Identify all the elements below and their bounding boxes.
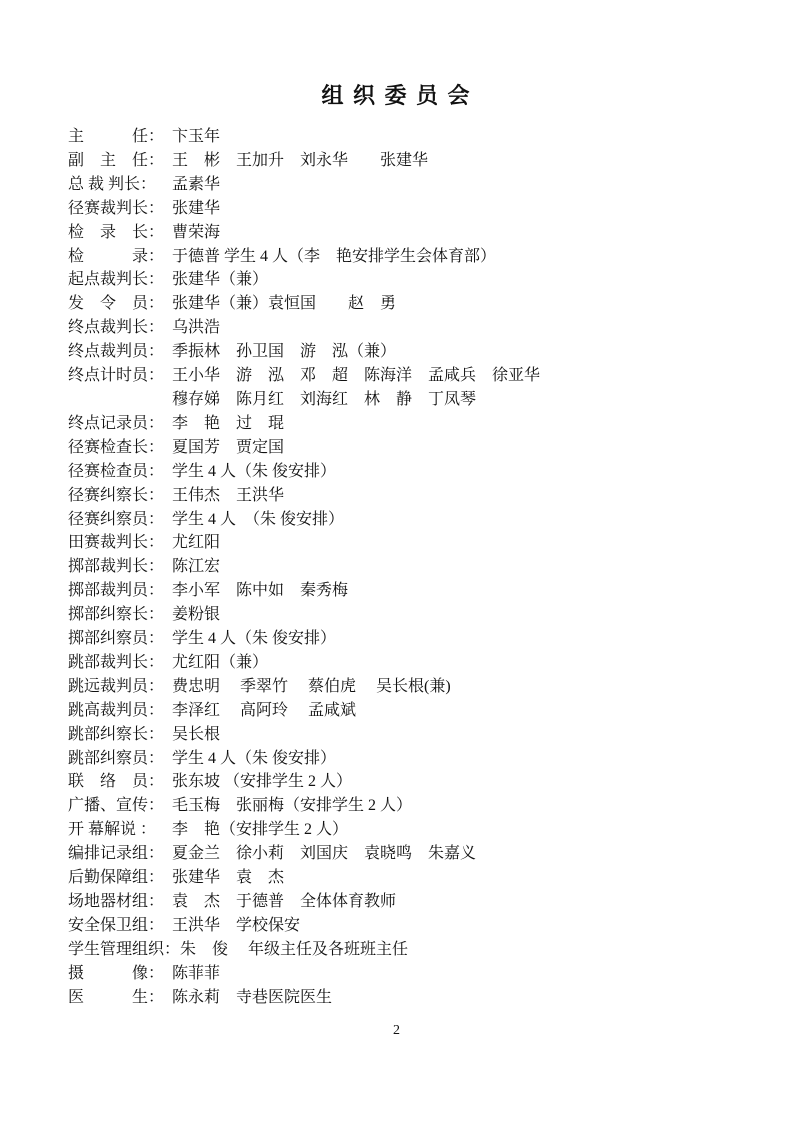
role-names: 朱 俊 年级主任及各班班主任 <box>180 938 748 962</box>
role-names: 陈永莉 寺巷医院医生 <box>172 986 748 1010</box>
role-names: 李小军 陈中如 秦秀梅 <box>172 579 748 603</box>
list-item: 副 主 任：王 彬 王加升 刘永华 张建华 <box>68 149 748 173</box>
role-names: 学生 4 人（朱 俊安排） <box>172 747 748 771</box>
role-names: 袁 杰 于德普 全体体育教师 <box>172 890 748 914</box>
role-label <box>68 388 172 412</box>
role-label: 医 生： <box>68 986 172 1010</box>
list-item: 检 录 长：曹荣海 <box>68 221 748 245</box>
role-label: 径赛检查员： <box>68 460 172 484</box>
page-title: 组 织 委 员 会 <box>0 82 793 110</box>
list-item: 径赛纠察员：学生 4 人 （朱 俊安排） <box>68 508 748 532</box>
role-label: 终点裁判员： <box>68 340 172 364</box>
role-names: 夏国芳 贾定国 <box>172 436 748 460</box>
list-item: 径赛检查长：夏国芳 贾定国 <box>68 436 748 460</box>
role-label: 跳部纠察长： <box>68 723 172 747</box>
list-item: 跳部裁判长：尤红阳（兼） <box>68 651 748 675</box>
role-label: 掷部裁判长： <box>68 555 172 579</box>
role-label: 总 裁 判长： <box>68 173 172 197</box>
role-names: 陈江宏 <box>172 555 748 579</box>
role-names: 学生 4 人 （朱 俊安排） <box>172 508 748 532</box>
role-label: 径赛裁判长： <box>68 197 172 221</box>
role-names: 夏金兰 徐小莉 刘国庆 袁晓鸣 朱嘉义 <box>172 842 748 866</box>
role-names: 王 彬 王加升 刘永华 张建华 <box>172 149 748 173</box>
page-number: 2 <box>0 1021 793 1041</box>
role-names: 于德普 学生 4 人（李 艳安排学生会体育部） <box>172 245 748 269</box>
role-names: 王小华 游 泓 邓 超 陈海洋 孟咸兵 徐亚华 <box>172 364 748 388</box>
role-names: 曹荣海 <box>172 221 748 245</box>
list-item: 检 录：于德普 学生 4 人（李 艳安排学生会体育部） <box>68 245 748 269</box>
role-names: 毛玉梅 张丽梅（安排学生 2 人） <box>172 794 748 818</box>
role-label: 场地器材组： <box>68 890 172 914</box>
role-names: 李 艳（安排学生 2 人） <box>172 818 748 842</box>
list-item: 学生管理组织：朱 俊 年级主任及各班班主任 <box>68 938 748 962</box>
list-item: 跳部纠察员：学生 4 人（朱 俊安排） <box>68 747 748 771</box>
list-item: 径赛检查员：学生 4 人（朱 俊安排） <box>68 460 748 484</box>
role-names: 张东坡 （安排学生 2 人） <box>172 770 748 794</box>
list-item: 后勤保障组：张建华 袁 杰 <box>68 866 748 890</box>
role-names: 姜粉银 <box>172 603 748 627</box>
list-item: 总 裁 判长：孟素华 <box>68 173 748 197</box>
list-item: 掷部纠察长：姜粉银 <box>68 603 748 627</box>
role-names: 孟素华 <box>172 173 748 197</box>
list-item: 编排记录组：夏金兰 徐小莉 刘国庆 袁晓鸣 朱嘉义 <box>68 842 748 866</box>
role-label: 安全保卫组： <box>68 914 172 938</box>
list-item: 掷部纠察员：学生 4 人（朱 俊安排） <box>68 627 748 651</box>
role-names: 王洪华 学校保安 <box>172 914 748 938</box>
list-item: 广播、宣传：毛玉梅 张丽梅（安排学生 2 人） <box>68 794 748 818</box>
list-item: 主 任：卞玉年 <box>68 125 748 149</box>
role-label: 编排记录组： <box>68 842 172 866</box>
list-item: 掷部裁判员：李小军 陈中如 秦秀梅 <box>68 579 748 603</box>
role-names: 费忠明 季翠竹 蔡伯虎 吴长根(兼) <box>172 675 748 699</box>
role-names: 张建华（兼） <box>172 268 748 292</box>
list-item: 起点裁判长：张建华（兼） <box>68 268 748 292</box>
role-label: 开 幕解说 ： <box>68 818 172 842</box>
role-names: 卞玉年 <box>172 125 748 149</box>
role-label: 检 录 长： <box>68 221 172 245</box>
role-label: 终点裁判长： <box>68 316 172 340</box>
role-names: 李 艳 过 琨 <box>172 412 748 436</box>
role-label: 终点计时员： <box>68 364 172 388</box>
list-item: 联 络 员：张东坡 （安排学生 2 人） <box>68 770 748 794</box>
role-label: 掷部裁判员： <box>68 579 172 603</box>
role-label: 掷部纠察长： <box>68 603 172 627</box>
list-item: 发 令 员：张建华（兼）袁恒国 赵 勇 <box>68 292 748 316</box>
role-names: 张建华（兼）袁恒国 赵 勇 <box>172 292 748 316</box>
list-item: 跳远裁判员：费忠明 季翠竹 蔡伯虎 吴长根(兼) <box>68 675 748 699</box>
role-label: 后勤保障组： <box>68 866 172 890</box>
list-item: 医 生：陈永莉 寺巷医院医生 <box>68 986 748 1010</box>
role-label: 田赛裁判长： <box>68 531 172 555</box>
role-names: 尤红阳 <box>172 531 748 555</box>
role-label: 跳高裁判员： <box>68 699 172 723</box>
list-item: 场地器材组：袁 杰 于德普 全体体育教师 <box>68 890 748 914</box>
role-label: 广播、宣传： <box>68 794 172 818</box>
role-names: 尤红阳（兼） <box>172 651 748 675</box>
role-label: 跳部裁判长： <box>68 651 172 675</box>
role-label: 终点记录员： <box>68 412 172 436</box>
role-label: 跳部纠察员： <box>68 747 172 771</box>
role-names: 学生 4 人（朱 俊安排） <box>172 627 748 651</box>
role-names: 穆存娣 陈月红 刘海红 林 静 丁凤琴 <box>172 388 748 412</box>
role-label: 副 主 任： <box>68 149 172 173</box>
list-item: 终点裁判员：季振林 孙卫国 游 泓（兼） <box>68 340 748 364</box>
role-names: 张建华 <box>172 197 748 221</box>
role-label: 学生管理组织： <box>68 938 180 962</box>
list-item: 终点裁判长：乌洪浩 <box>68 316 748 340</box>
role-label: 起点裁判长： <box>68 268 172 292</box>
role-label: 发 令 员： <box>68 292 172 316</box>
list-item: 开 幕解说 ：李 艳（安排学生 2 人） <box>68 818 748 842</box>
role-names: 张建华 袁 杰 <box>172 866 748 890</box>
role-names: 乌洪浩 <box>172 316 748 340</box>
role-label: 径赛纠察员： <box>68 508 172 532</box>
role-names: 吴长根 <box>172 723 748 747</box>
role-label: 摄 像： <box>68 962 172 986</box>
list-item: 终点记录员：李 艳 过 琨 <box>68 412 748 436</box>
list-item: 田赛裁判长：尤红阳 <box>68 531 748 555</box>
list-item: 掷部裁判长：陈江宏 <box>68 555 748 579</box>
list-item: 径赛裁判长：张建华 <box>68 197 748 221</box>
role-label: 跳远裁判员： <box>68 675 172 699</box>
committee-list: 主 任：卞玉年副 主 任：王 彬 王加升 刘永华 张建华总 裁 判长：孟素华径赛… <box>68 125 748 1010</box>
role-label: 掷部纠察员： <box>68 627 172 651</box>
role-names: 学生 4 人（朱 俊安排） <box>172 460 748 484</box>
role-label: 联 络 员： <box>68 770 172 794</box>
document-page: 组 织 委 员 会 主 任：卞玉年副 主 任：王 彬 王加升 刘永华 张建华总 … <box>0 0 793 1122</box>
role-names: 王伟杰 王洪华 <box>172 484 748 508</box>
role-label: 检 录： <box>68 245 172 269</box>
role-names: 季振林 孙卫国 游 泓（兼） <box>172 340 748 364</box>
list-item: 终点计时员：王小华 游 泓 邓 超 陈海洋 孟咸兵 徐亚华 <box>68 364 748 388</box>
list-item: 跳高裁判员：李泽红 高阿玲 孟咸斌 <box>68 699 748 723</box>
list-item: 穆存娣 陈月红 刘海红 林 静 丁凤琴 <box>68 388 748 412</box>
role-names: 李泽红 高阿玲 孟咸斌 <box>172 699 748 723</box>
list-item: 摄 像：陈菲菲 <box>68 962 748 986</box>
role-names: 陈菲菲 <box>172 962 748 986</box>
list-item: 跳部纠察长：吴长根 <box>68 723 748 747</box>
role-label: 径赛检查长： <box>68 436 172 460</box>
list-item: 安全保卫组：王洪华 学校保安 <box>68 914 748 938</box>
list-item: 径赛纠察长：王伟杰 王洪华 <box>68 484 748 508</box>
role-label: 主 任： <box>68 125 172 149</box>
role-label: 径赛纠察长： <box>68 484 172 508</box>
